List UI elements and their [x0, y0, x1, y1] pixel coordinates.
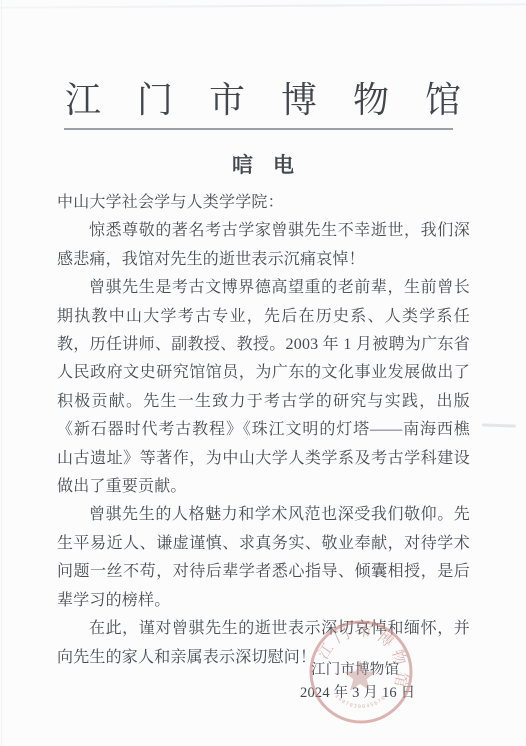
paragraph-career: 曾骐先生是考古文博界德高望重的老前辈，生前曾长期执教中山大学考古专业，先后在历史…	[57, 274, 470, 501]
paragraph-character: 曾骐先生的人格魅力和学术风范也深受我们敬仰。先生平易近人、谦虚谨慎、求真务实、敬…	[57, 501, 470, 615]
salutation: 中山大学社会学与人类学学院：	[57, 189, 470, 217]
signature-org: 江门市博物馆	[311, 658, 399, 679]
scan-artifact-top-edge	[0, 3, 526, 8]
scan-artifact-smudge	[482, 423, 516, 427]
letter-page: 江门市博物馆 唁电 中山大学社会学与人类学学院： 惊悉尊敬的著名考古学家曾骐先生…	[0, 0, 526, 746]
paragraph-condolence: 惊悉尊敬的著名考古学家曾骐先生不幸逝世，我们深感悲痛，我馆对先生的逝世表示沉痛哀…	[57, 217, 470, 274]
letterhead-divider	[64, 128, 453, 130]
paragraph-closing: 在此，谨对曾骐先生的逝世表示深切哀悼和缅怀，并向先生的家人和亲属表示深切慰问！	[57, 615, 470, 672]
letterhead-title: 江门市博物馆	[0, 72, 526, 123]
signature-date: 2024 年 3 月 16 日	[300, 681, 415, 702]
document-title: 唁电	[0, 149, 526, 179]
letter-body: 中山大学社会学与人类学学院： 惊悉尊敬的著名考古学家曾骐先生不幸逝世，我们深感悲…	[57, 189, 470, 672]
